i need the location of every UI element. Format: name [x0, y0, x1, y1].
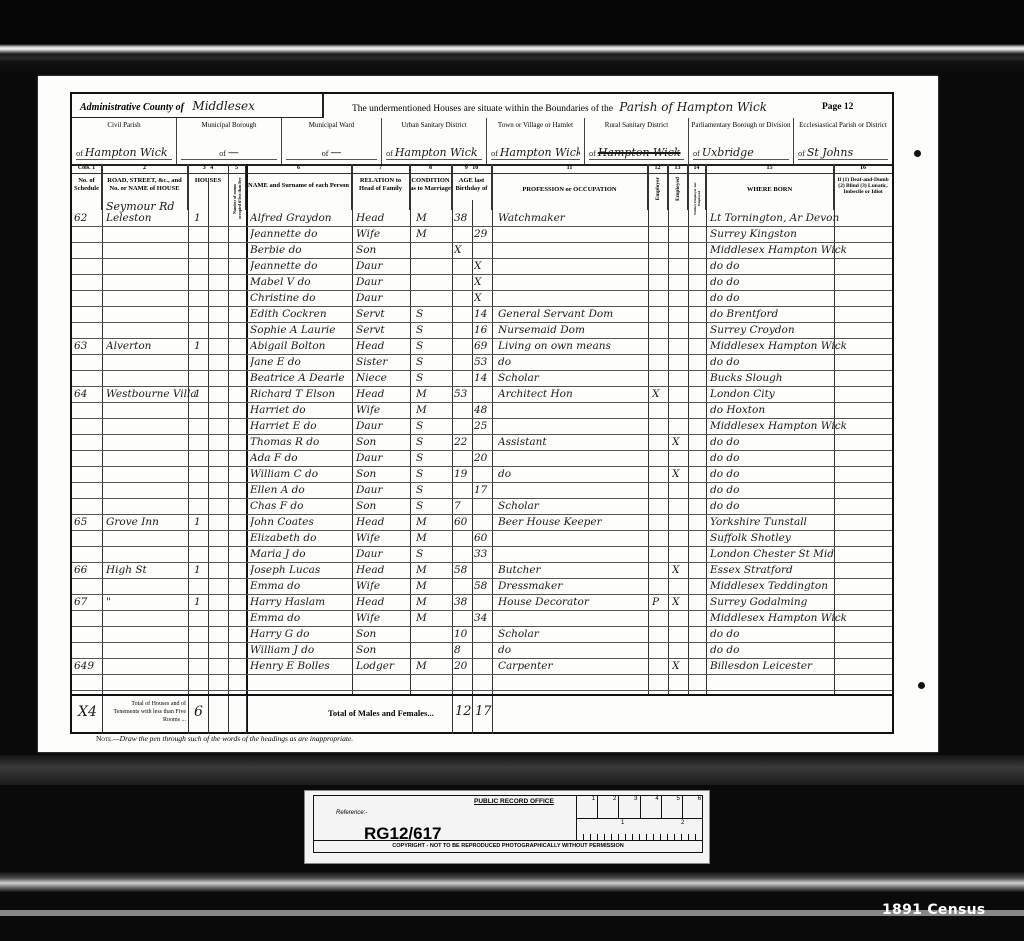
relation-cell: Son [356, 466, 410, 482]
relation-cell: Son [356, 626, 410, 642]
where-born-cell: do do [710, 434, 870, 450]
relation-cell: Son [356, 242, 410, 258]
col-employer: 12Employer [648, 164, 668, 210]
employed-cell [672, 210, 688, 226]
employer-cell [652, 290, 668, 306]
schedule-cell [74, 546, 100, 562]
name-cell: Joseph Lucas [250, 562, 352, 578]
age-male-cell [454, 226, 472, 242]
name-cell: Berbie do [250, 242, 352, 258]
age-female-cell: 14 [474, 306, 492, 322]
occupation-cell: Scholar [498, 370, 648, 386]
employer-cell [652, 434, 668, 450]
occupation-cell [498, 226, 648, 242]
house-cell [106, 402, 186, 418]
age-female-cell [474, 498, 492, 514]
district-label: Town or Village or Hamlet [487, 118, 584, 129]
district-value: ofHampton Wick [386, 146, 482, 160]
houses-total-label: Total of Houses and of Tenements with le… [106, 700, 186, 724]
employed-cell [672, 674, 688, 690]
condition-cell: S [416, 306, 450, 322]
occupation-cell [498, 530, 648, 546]
name-cell: Harriet do [250, 402, 352, 418]
house-cell [106, 322, 186, 338]
house-cell [106, 226, 186, 242]
neither-cell [690, 610, 706, 626]
inhabited-cell [194, 626, 208, 642]
house-cell: " [106, 594, 186, 610]
boundary-statement: The undermentioned Houses are situate wi… [352, 100, 767, 114]
relation-cell: Daur [356, 418, 410, 434]
parish-value: Parish of Hampton Wick [619, 100, 767, 114]
relation-cell: Wife [356, 610, 410, 626]
schedule-cell [74, 466, 100, 482]
name-cell: Harriet E do [250, 418, 352, 434]
age-male-cell [454, 610, 472, 626]
inhabited-cell [194, 578, 208, 594]
neither-cell [690, 370, 706, 386]
col-condition: 8CONDITION as to Marriage [410, 164, 452, 210]
employed-cell [672, 354, 688, 370]
relation-cell: Head [356, 338, 410, 354]
admin-county-label: Administrative County of [80, 102, 184, 113]
age-female-cell [474, 642, 492, 658]
census-row: Emma doWifeM58DressmakerMiddlesex Teddin… [72, 578, 892, 595]
district-rural-sanitary: Rural Sanitary District ofHampton Wick [585, 118, 689, 164]
schedule-cell [74, 322, 100, 338]
house-cell [106, 370, 186, 386]
employer-cell [652, 658, 668, 674]
relation-cell: Wife [356, 402, 410, 418]
relation-cell: Lodger [356, 658, 410, 674]
name-cell: William C do [250, 466, 352, 482]
age-female-cell [474, 562, 492, 578]
house-cell: High St [106, 562, 186, 578]
name-cell: Emma do [250, 610, 352, 626]
name-cell: Edith Cockren [250, 306, 352, 322]
schedule-cell: 649 [74, 658, 100, 674]
page-number: Page 12 [822, 102, 853, 112]
where-born-cell: Essex Stratford [710, 562, 870, 578]
employed-cell [672, 242, 688, 258]
employer-cell [652, 530, 668, 546]
house-cell [106, 530, 186, 546]
inhabited-cell [194, 530, 208, 546]
age-male-cell [454, 258, 472, 274]
condition-cell [416, 674, 450, 690]
where-born-cell: Middlesex Hampton Wick [710, 610, 870, 626]
employer-cell [652, 514, 668, 530]
schedule-cell [74, 370, 100, 386]
condition-cell: S [416, 338, 450, 354]
census-row: Beatrice A DearleNieceS14ScholarBucks Sl… [72, 370, 892, 387]
inhabited-cell [194, 498, 208, 514]
age-female-cell: 60 [474, 530, 492, 546]
condition-cell: S [416, 482, 450, 498]
occupation-cell [498, 450, 648, 466]
employed-cell [672, 530, 688, 546]
employed-cell [672, 322, 688, 338]
name-cell: Ellen A do [250, 482, 352, 498]
employer-cell [652, 546, 668, 562]
scan-stripe [0, 910, 1024, 916]
males-total: 12 [455, 704, 472, 719]
employed-cell: X [672, 658, 688, 674]
occupation-cell [498, 418, 648, 434]
district-municipal-ward: Municipal Ward of— [282, 118, 382, 164]
occupation-cell [498, 402, 648, 418]
age-female-cell: 48 [474, 402, 492, 418]
employer-cell [652, 626, 668, 642]
schedule-cell [74, 578, 100, 594]
age-female-cell: 29 [474, 226, 492, 242]
schedule-cell [74, 354, 100, 370]
age-female-cell: 16 [474, 322, 492, 338]
relation-cell: Son [356, 498, 410, 514]
relation-cell: Daur [356, 482, 410, 498]
age-male-cell: X [454, 242, 472, 258]
reference-label: Reference:- [336, 810, 367, 816]
age-female-cell: 14 [474, 370, 492, 386]
house-cell [106, 626, 186, 642]
relation-cell: Daur [356, 274, 410, 290]
age-male-cell [454, 274, 472, 290]
inhabited-cell: 1 [194, 514, 208, 530]
census-row: Ellen A doDaurS17do do [72, 482, 892, 499]
employer-cell [652, 562, 668, 578]
where-born-cell: do do [710, 498, 870, 514]
district-value: ofSt Johns [798, 146, 888, 160]
age-male-cell [454, 322, 472, 338]
employed-cell [672, 578, 688, 594]
employer-cell [652, 674, 668, 690]
condition-cell: M [416, 210, 450, 226]
census-row: Ada F doDaurS20do do [72, 450, 892, 467]
employed-cell: X [672, 562, 688, 578]
ruler-bottom: 1 2 [577, 818, 703, 840]
where-born-cell: do do [710, 466, 870, 482]
employer-cell: X [652, 386, 668, 402]
census-row: Maria J doDaurS33London Chester St Mid [72, 546, 892, 563]
age-male-cell: 10 [454, 626, 472, 642]
relation-cell: Daur [356, 546, 410, 562]
females-total: 17 [475, 704, 492, 719]
occupation-cell: General Servant Dom [498, 306, 648, 322]
age-male-cell: 38 [454, 594, 472, 610]
employer-cell [652, 226, 668, 242]
name-cell: Harry Haslam [250, 594, 352, 610]
district-town-village: Town or Village or Hamlet ofHampton Wick [487, 118, 585, 164]
employed-cell [672, 386, 688, 402]
house-cell [106, 482, 186, 498]
house-cell [106, 418, 186, 434]
name-cell: Henry E Bolles [250, 658, 352, 674]
inhabited-cell [194, 418, 208, 434]
neither-cell [690, 242, 706, 258]
age-female-cell [474, 386, 492, 402]
house-cell: Grove Inn [106, 514, 186, 530]
census-row: 62Leleston1Alfred GraydonHeadM38Watchmak… [72, 210, 892, 227]
col-schedule: Cols. 1No. of Schedule [72, 164, 102, 210]
neither-cell [690, 274, 706, 290]
census-row: 67"1Harry HaslamHeadM38House DecoratorPX… [72, 594, 892, 611]
condition-cell: S [416, 354, 450, 370]
neither-cell [690, 258, 706, 274]
age-male-cell [454, 482, 472, 498]
census-row: Mabel V doDaurXdo do [72, 274, 892, 291]
occupation-cell [498, 274, 648, 290]
employed-cell: X [672, 594, 688, 610]
where-born-cell: do do [710, 274, 870, 290]
schedule-cell [74, 450, 100, 466]
employed-cell [672, 290, 688, 306]
inhabited-cell [194, 290, 208, 306]
where-born-cell: Middlesex Hampton Wick [710, 418, 870, 434]
condition-cell: M [416, 402, 450, 418]
house-cell [106, 658, 186, 674]
employed-cell [672, 338, 688, 354]
house-cell: Westbourne Villa [106, 386, 186, 402]
relation-cell: Head [356, 514, 410, 530]
condition-cell: S [416, 466, 450, 482]
age-male-cell [454, 306, 472, 322]
col-rooms: 5Number of rooms occupied if less than f… [228, 164, 246, 210]
condition-cell: M [416, 530, 450, 546]
name-cell: Harry G do [250, 626, 352, 642]
punch-hole [914, 150, 921, 157]
where-born-cell: do do [710, 482, 870, 498]
census-row: Thomas R doSonS22AssistantXdo do [72, 434, 892, 451]
age-female-cell: 20 [474, 450, 492, 466]
condition-cell: S [416, 498, 450, 514]
house-cell: Alverton [106, 338, 186, 354]
inhabited-cell [194, 354, 208, 370]
persons-total-label: Total of Males and Females... [328, 708, 434, 718]
house-cell [106, 290, 186, 306]
schedule-cell [74, 242, 100, 258]
neither-cell [690, 658, 706, 674]
name-cell: John Coates [250, 514, 352, 530]
age-male-cell [454, 674, 472, 690]
col-occupation: 11PROFESSION or OCCUPATION [492, 164, 648, 210]
condition-cell: S [416, 370, 450, 386]
occupation-cell: Assistant [498, 434, 648, 450]
district-value: ofHampton Wick [589, 146, 684, 160]
house-cell [106, 466, 186, 482]
neither-cell [690, 290, 706, 306]
employer-cell [652, 642, 668, 658]
district-value: ofUxbridge [693, 146, 789, 160]
col-relation: 7RELATION to Head of Family [352, 164, 410, 210]
neither-cell [690, 338, 706, 354]
district-parliamentary: Parliamentary Borough or Division ofUxbr… [689, 118, 794, 164]
schedule-cell [74, 226, 100, 242]
district-label: Urban Sanitary District [382, 118, 486, 129]
reference-card: PUBLIC RECORD OFFICE Reference:- RG12/61… [304, 790, 710, 864]
name-cell: Beatrice A Dearle [250, 370, 352, 386]
inhabited-cell [194, 674, 208, 690]
condition-cell: S [416, 434, 450, 450]
district-label: Rural Sanitary District [585, 118, 688, 129]
schedule-cell [74, 290, 100, 306]
house-cell [106, 498, 186, 514]
employed-cell [672, 626, 688, 642]
employer-cell: P [652, 594, 668, 610]
occupation-cell: Butcher [498, 562, 648, 578]
schedule-cell [74, 274, 100, 290]
condition-cell [416, 274, 450, 290]
house-cell [106, 642, 186, 658]
employer-cell [652, 322, 668, 338]
name-cell: Christine do [250, 290, 352, 306]
age-male-cell: 8 [454, 642, 472, 658]
punch-hole [918, 682, 925, 689]
where-born-cell: Middlesex Hampton Wick [710, 338, 870, 354]
census-row: Emma doWifeM34Middlesex Hampton Wick [72, 610, 892, 627]
condition-cell: M [416, 594, 450, 610]
age-female-cell [474, 514, 492, 530]
employed-cell [672, 498, 688, 514]
age-female-cell: 58 [474, 578, 492, 594]
schedule-cell [74, 498, 100, 514]
age-male-cell: 20 [454, 658, 472, 674]
where-born-cell: Middlesex Hampton Wick [710, 242, 870, 258]
occupation-cell [498, 242, 648, 258]
inhabited-cell [194, 226, 208, 242]
neither-cell [690, 546, 706, 562]
schedule-cell [74, 674, 100, 690]
age-male-cell [454, 370, 472, 386]
copyright-notice: COPYRIGHT - NOT TO BE REPRODUCED PHOTOGR… [314, 840, 702, 852]
where-born-cell: do Hoxton [710, 402, 870, 418]
employed-cell [672, 610, 688, 626]
where-born-cell [710, 674, 870, 690]
scan-stripe [0, 872, 1024, 892]
age-male-cell: 58 [454, 562, 472, 578]
schedule-cell: 67 [74, 594, 100, 610]
where-born-cell: Lt Tornington, Ar Devon [710, 210, 870, 226]
condition-cell: S [416, 450, 450, 466]
age-female-cell: X [474, 274, 492, 290]
occupation-cell: Beer House Keeper [498, 514, 648, 530]
condition-cell: S [416, 322, 450, 338]
schedule-cell [74, 402, 100, 418]
relation-cell: Servt [356, 322, 410, 338]
schedule-cell [74, 258, 100, 274]
census-form: Administrative County of Middlesex The u… [70, 92, 894, 734]
name-cell: Abigail Bolton [250, 338, 352, 354]
district-label: Civil Parish [72, 118, 176, 129]
col-neither: 14Neither Employer nor Employed [688, 164, 706, 210]
house-cell [106, 674, 186, 690]
scan-stripe [0, 755, 1024, 785]
age-female-cell: 33 [474, 546, 492, 562]
employed-cell [672, 642, 688, 658]
name-cell: Ada F do [250, 450, 352, 466]
schedule-cell [74, 306, 100, 322]
admin-county-value: Middlesex [192, 99, 254, 113]
employer-cell [652, 402, 668, 418]
employer-cell [652, 274, 668, 290]
inhabited-cell [194, 402, 208, 418]
name-cell: Richard T Elson [250, 386, 352, 402]
relation-cell: Wife [356, 578, 410, 594]
employer-cell [652, 610, 668, 626]
census-row: Berbie doSonXMiddlesex Hampton Wick [72, 242, 892, 259]
house-cell [106, 546, 186, 562]
census-row: Elizabeth doWifeM60Suffolk Shotley [72, 530, 892, 547]
relation-cell: Daur [356, 290, 410, 306]
neither-cell [690, 306, 706, 322]
occupation-cell [498, 610, 648, 626]
employer-cell [652, 242, 668, 258]
house-cell [106, 450, 186, 466]
occupation-cell: House Decorator [498, 594, 648, 610]
district-label: Municipal Ward [282, 118, 381, 129]
condition-cell [416, 290, 450, 306]
schedule-cell [74, 530, 100, 546]
house-cell [106, 242, 186, 258]
employer-cell [652, 370, 668, 386]
where-born-cell: Surrey Godalming [710, 594, 870, 610]
inhabited-cell: 1 [194, 386, 208, 402]
where-born-cell: Surrey Croydon [710, 322, 870, 338]
note-prefix: Note. [96, 734, 113, 743]
neither-cell [690, 434, 706, 450]
neither-cell [690, 466, 706, 482]
where-born-cell: do Brentford [710, 306, 870, 322]
employed-cell [672, 226, 688, 242]
footnote: Note.—Draw the pen through such of the w… [96, 734, 353, 743]
where-born-cell: do do [710, 642, 870, 658]
occupation-cell: Living on own means [498, 338, 648, 354]
name-cell: Jeannette do [250, 258, 352, 274]
inhabited-cell [194, 258, 208, 274]
age-female-cell: X [474, 258, 492, 274]
age-female-cell: 25 [474, 418, 492, 434]
occupation-cell: Scholar [498, 626, 648, 642]
where-born-cell: do do [710, 258, 870, 274]
where-born-cell: do do [710, 290, 870, 306]
age-male-cell [454, 338, 472, 354]
employed-cell [672, 450, 688, 466]
census-row: 66High St1Joseph LucasHeadM58ButcherXEss… [72, 562, 892, 579]
employer-cell [652, 258, 668, 274]
employer-cell [652, 498, 668, 514]
inhabited-cell [194, 482, 208, 498]
age-male-cell [454, 450, 472, 466]
relation-cell: Daur [356, 450, 410, 466]
condition-cell: S [416, 418, 450, 434]
col-infirmity: 16If (1) Deaf-and-Dumb (2) Blind (3) Lun… [834, 164, 892, 210]
age-male-cell: 22 [454, 434, 472, 450]
census-row: William C doSonS19doXdo do [72, 466, 892, 483]
employed-cell [672, 306, 688, 322]
name-cell [250, 674, 352, 690]
relation-cell: Son [356, 642, 410, 658]
census-row: Sophie A LaurieServtS16Nursemaid DomSurr… [72, 322, 892, 339]
employer-cell [652, 418, 668, 434]
neither-cell [690, 642, 706, 658]
neither-cell [690, 530, 706, 546]
employed-cell: X [672, 466, 688, 482]
neither-cell [690, 210, 706, 226]
name-cell: Jeannette do [250, 226, 352, 242]
inhabited-cell [194, 370, 208, 386]
age-female-cell [474, 594, 492, 610]
totals-row: X4 Total of Houses and of Tenements with… [72, 694, 892, 734]
condition-cell [416, 258, 450, 274]
